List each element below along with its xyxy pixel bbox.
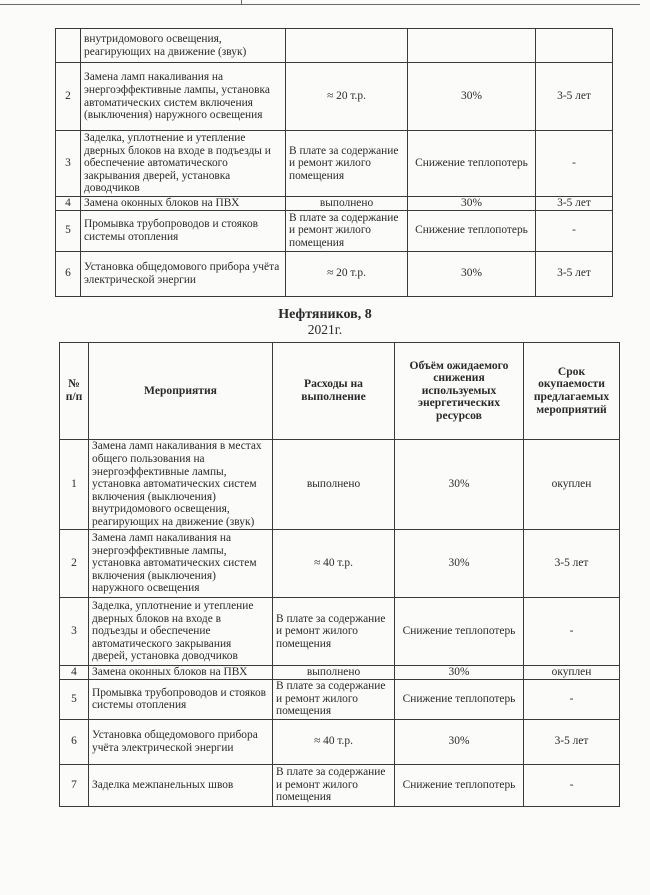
- top-table: внутридомового освещения, реагирующих на…: [55, 28, 613, 297]
- row-payback: 3-5 лет: [536, 63, 613, 131]
- header-payback: Срок окупаемости предлагаемых мероприяти…: [524, 343, 620, 440]
- row-cost: В плате за содержание и ремонт жилого по…: [273, 764, 395, 806]
- row-number: 3: [56, 131, 81, 197]
- row-action: Заделка, уплотнение и утепление дверных …: [89, 598, 273, 666]
- row-number: 3: [60, 598, 89, 666]
- row-payback: -: [536, 131, 613, 197]
- row-payback: 3-5 лет: [524, 530, 620, 598]
- row-payback: 3-5 лет: [536, 197, 613, 211]
- row-reduction: Снижение теплопотерь: [395, 764, 524, 806]
- header-row: № п/п Мероприятия Расходы на выполнение …: [60, 343, 620, 440]
- table-row: 1Замена ламп накаливания в местах общего…: [60, 440, 620, 530]
- row-number: 1: [60, 440, 89, 530]
- previous-table-edge: [0, 0, 640, 5]
- row-number: 4: [60, 666, 89, 680]
- row-number: 6: [56, 251, 81, 296]
- row-cost: В плате за содержание и ремонт жилого по…: [286, 210, 408, 251]
- row-number: 5: [56, 210, 81, 251]
- row-cost: ≈ 20 т.р.: [286, 251, 408, 296]
- row-reduction: 30%: [408, 251, 536, 296]
- header-num: № п/п: [60, 343, 89, 440]
- row-payback: 3-5 лет: [536, 251, 613, 296]
- row-payback: -: [536, 210, 613, 251]
- row-number: 6: [60, 719, 89, 764]
- table-row: 6Установка общедомового прибора учёта эл…: [56, 251, 613, 296]
- row-action: Замена ламп накаливания на энергоэффекти…: [89, 530, 273, 598]
- header-reduction: Объём ожидаемого снижения используемых э…: [395, 343, 524, 440]
- header-cost: Расходы на выполнение: [273, 343, 395, 440]
- table-row: 4Замена оконных блоков на ПВХвыполнено30…: [60, 666, 620, 680]
- row-action: Заделка межпанельных швов: [89, 764, 273, 806]
- row-cost: В плате за содержание и ремонт жилого по…: [286, 131, 408, 197]
- table-row: 3Заделка, уплотнение и утепление дверных…: [60, 598, 620, 666]
- row-cost: ≈ 20 т.р.: [286, 63, 408, 131]
- table-row: 6Установка общедомового прибора учёта эл…: [60, 719, 620, 764]
- row-cost: В плате за содержание и ремонт жилого по…: [273, 679, 395, 719]
- row-cost: выполнено: [273, 440, 395, 530]
- row-action: Промывка трубопроводов и стояков системы…: [89, 679, 273, 719]
- row-payback: [536, 29, 613, 63]
- row-action: Замена оконных блоков на ПВХ: [81, 197, 286, 211]
- row-cost: выполнено: [286, 197, 408, 211]
- row-reduction: Снижение теплопотерь: [395, 598, 524, 666]
- row-reduction: [408, 29, 536, 63]
- row-number: 4: [56, 197, 81, 211]
- row-reduction: 30%: [395, 666, 524, 680]
- table-row: 7Заделка межпанельных швовВ плате за сод…: [60, 764, 620, 806]
- row-reduction: 30%: [395, 530, 524, 598]
- table-row: 3Заделка, уплотнение и утепление дверных…: [56, 131, 613, 197]
- row-payback: окуплен: [524, 666, 620, 680]
- row-cost: выполнено: [273, 666, 395, 680]
- row-action: Замена ламп накаливания на энергоэффекти…: [81, 63, 286, 131]
- table-row: 4Замена оконных блоков на ПВХвыполнено30…: [56, 197, 613, 211]
- row-action: Установка общедомового прибора учёта эле…: [89, 719, 273, 764]
- row-action: Промывка трубопроводов и стояков системы…: [81, 210, 286, 251]
- row-number: 2: [56, 63, 81, 131]
- row-payback: -: [524, 679, 620, 719]
- section-address: Нефтяников, 8: [0, 307, 650, 323]
- row-reduction: 30%: [395, 719, 524, 764]
- row-reduction: Снижение теплопотерь: [408, 210, 536, 251]
- row-action: Заделка, уплотнение и утепление дверных …: [81, 131, 286, 197]
- row-payback: -: [524, 764, 620, 806]
- row-cost: ≈ 40 т.р.: [273, 719, 395, 764]
- table-row: 5Промывка трубопроводов и стояков систем…: [56, 210, 613, 251]
- table-row: 5Промывка трубопроводов и стояков систем…: [60, 679, 620, 719]
- row-number: 5: [60, 679, 89, 719]
- row-payback: окуплен: [524, 440, 620, 530]
- row-cost: В плате за содержание и ремонт жилого по…: [273, 598, 395, 666]
- row-reduction: 30%: [408, 197, 536, 211]
- table-row: внутридомового освещения, реагирующих на…: [56, 29, 613, 63]
- row-number: 7: [60, 764, 89, 806]
- row-number: [56, 29, 81, 63]
- row-payback: 3-5 лет: [524, 719, 620, 764]
- row-reduction: Снижение теплопотерь: [395, 679, 524, 719]
- row-reduction: 30%: [408, 63, 536, 131]
- header-action: Мероприятия: [89, 343, 273, 440]
- main-table: № п/п Мероприятия Расходы на выполнение …: [59, 342, 620, 807]
- row-action: Замена ламп накаливания в местах общего …: [89, 440, 273, 530]
- row-number: 2: [60, 530, 89, 598]
- table-row: 2Замена ламп накаливания на энергоэффект…: [56, 63, 613, 131]
- row-payback: -: [524, 598, 620, 666]
- section-year: 2021г.: [0, 322, 650, 338]
- row-reduction: Снижение теплопотерь: [408, 131, 536, 197]
- row-reduction: 30%: [395, 440, 524, 530]
- row-cost: ≈ 40 т.р.: [273, 530, 395, 598]
- table-row: 2Замена ламп накаливания на энергоэффект…: [60, 530, 620, 598]
- row-action: Установка общедомового прибора учёта эле…: [81, 251, 286, 296]
- row-cost: [286, 29, 408, 63]
- row-action: внутридомового освещения, реагирующих на…: [81, 29, 286, 63]
- row-action: Замена оконных блоков на ПВХ: [89, 666, 273, 680]
